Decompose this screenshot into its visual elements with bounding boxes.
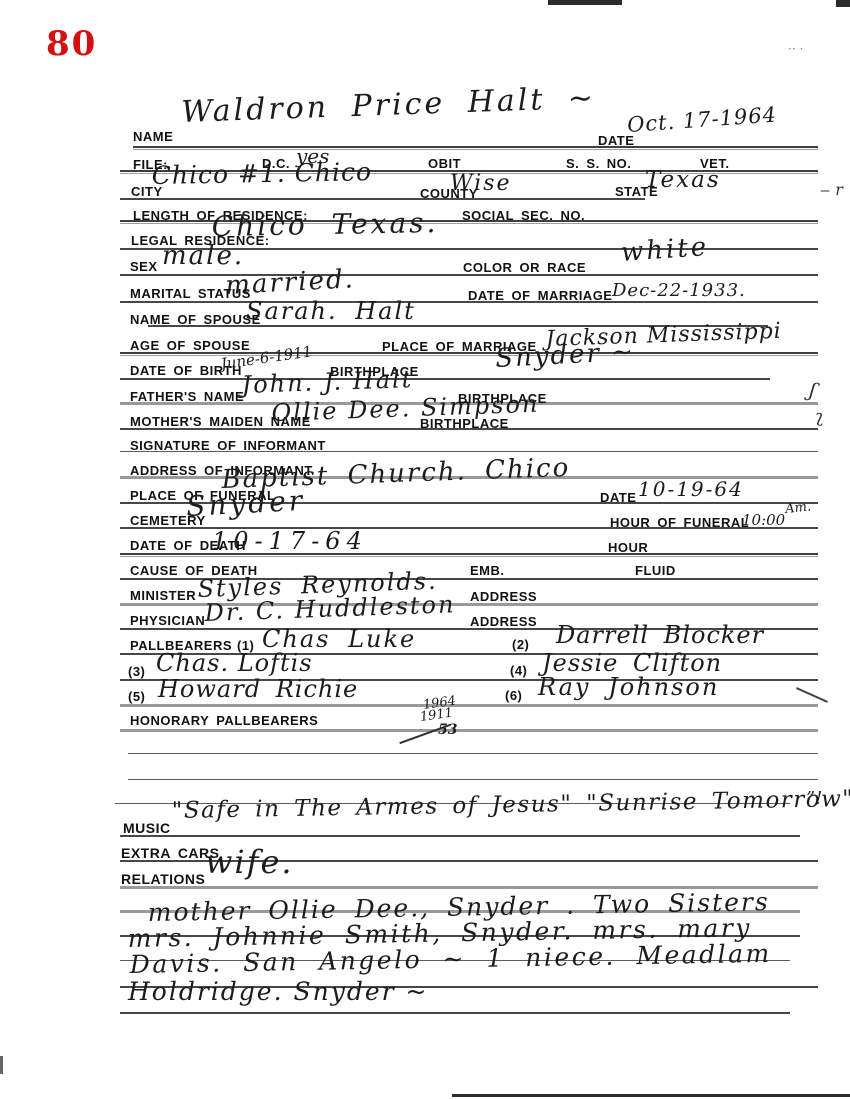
relations-label: RELATIONS [121,871,205,887]
name-of-spouse-value: Sarah. Halt [246,299,416,323]
birthplace-self-value: Snyder ~ [495,339,636,372]
scan-artifact-mark: ·· · [788,42,803,56]
color-or-race-value: white [620,234,710,266]
ruled-line [120,198,645,200]
obit-label: OBIT [428,156,461,171]
name-of-spouse-label: NAME OF SPOUSE [130,312,261,327]
fathers-name-label: FATHER'S NAME [130,389,244,404]
state-value: Texas [645,169,721,192]
color-or-race-label: COLOR OR RACE [463,260,586,275]
ruled-line [128,779,818,780]
cemetery-value: Snyder [186,487,306,521]
scan-artifact-mark: ʅ [815,406,824,427]
physician-address-label: ADDRESS [470,614,537,629]
scanned-death-record-page: 80 ·· · ‒ r ʃ ʅ ”! NAME DATE FILE: D.C. … [0,0,850,1100]
date-of-marriage-label: DATE OF MARRIAGE [468,288,612,303]
ruled-line [120,378,770,380]
music-value: "Safe in The Armes of Jesus" "Sunrise To… [172,788,850,823]
signature-of-informant-label: SIGNATURE OF INFORMANT [130,438,326,453]
name-value: Waldron Price Halt ~ [181,84,597,128]
hour-of-funeral-ampm: Am. [785,500,812,516]
hour-of-funeral-label: HOUR OF FUNERAL [610,515,749,530]
name-label: NAME [133,129,173,144]
date-of-death-value: 10-17-64 [212,529,368,553]
ruled-line [120,835,800,837]
physician-label: PHYSICIAN [130,613,205,628]
age-calc-result: 53 [438,723,457,737]
pallbearer-6-num: (6) [505,688,522,703]
scan-artifact-left-tick [0,1056,3,1074]
sex-label: SEX [130,259,158,274]
date-value: Oct. 17-1964 [627,105,778,136]
pallbearer-5-num: (5) [128,689,145,704]
scan-artifact-mark: ‒ r [820,180,843,199]
legal-residence-value: Chico Texas. [212,209,439,241]
minister-address-label: ADDRESS [470,589,537,604]
scan-artifact-top-bar [548,0,622,5]
pallbearer-3-value: Chas. Loftis [156,651,313,675]
scan-artifact-bottom-line [452,1094,850,1097]
age-of-spouse-label: AGE OF SPOUSE [130,338,250,353]
scan-artifact-mark: ʃ [807,378,818,403]
date-of-marriage-value: Dec-22-1933. [612,282,746,300]
sex-value: male. [162,243,244,269]
pallbearer-4-value: Jessie Clifton [542,651,722,675]
pallbearer-6-value: Ray Johnson [538,675,719,699]
ruled-line [128,753,818,754]
minister-label: MINISTER [130,588,196,603]
pallbearer-4-num: (4) [510,663,527,678]
pallbearer-1-value: Chas Luke [262,627,416,651]
city-value: Chico #1. Chico [152,159,373,188]
marital-status-value: married. [225,266,356,299]
ruled-line [120,1012,790,1014]
music-label: MUSIC [123,820,171,836]
ruled-line [133,146,818,150]
hour-of-funeral-value: 10:00 [742,513,785,528]
notes-line-4: Holdridge. Snyder ~ [128,979,429,1004]
funeral-date-label: DATE [600,490,636,505]
fathers-name-value: John. J. Halt [241,367,414,397]
social-sec-no-label: SOCIAL SEC. NO. [462,208,585,223]
fluid-label: FLUID [635,563,676,578]
page-number: 80 [46,24,97,64]
honorary-pallbearers-label: HONORARY PALLBEARERS [130,713,318,728]
pallbearer-2-num: (2) [512,637,529,652]
pallbearer-5-value: Howard Richie [158,677,358,701]
ssno-label: S. S. NO. [566,156,631,171]
scan-artifact-top-corner [836,0,850,7]
physician-value: Dr. C. Huddleston [204,592,456,625]
relations-value: wife. [205,846,294,878]
hour-label: HOUR [608,540,648,555]
ruled-line [120,729,818,732]
county-value: Wise [450,173,512,195]
ruled-line [120,704,818,707]
funeral-date-value: 10-19-64 [638,479,744,499]
emb-label: EMB. [470,563,505,578]
scan-artifact-diagonal [796,687,828,703]
pallbearer-3-num: (3) [128,664,145,679]
pallbearer-2-value: Darrell Blocker [556,623,764,647]
